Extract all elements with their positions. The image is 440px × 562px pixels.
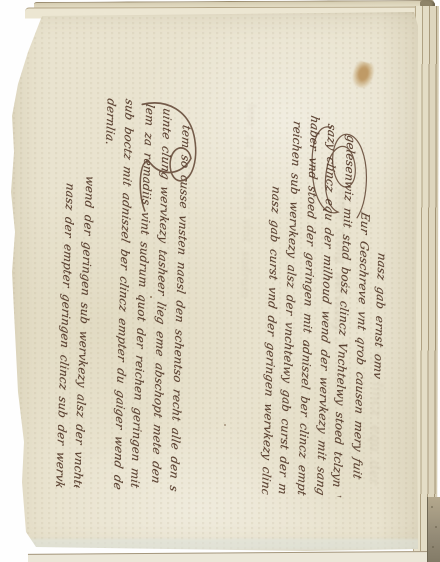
bleedthrough-text: lem za remadiis vint sudrum quot der rei… <box>238 103 259 303</box>
handwriting-block: uinte clung wervkezy tasheer lieg eme ab… <box>40 57 400 499</box>
manuscript-scan: uinte clung wervkezy tasheer lieg eme ab… <box>0 0 440 562</box>
binding-edge <box>427 497 440 562</box>
underlying-page-edge <box>28 551 438 562</box>
paragraph-1: nasz gab ernst omv Eur Geschreve vnt qro… <box>257 64 398 498</box>
page-bottom-sheen <box>26 539 422 550</box>
paragraph-2: tem so cusse vnsten naesl den schentso r… <box>50 57 198 491</box>
